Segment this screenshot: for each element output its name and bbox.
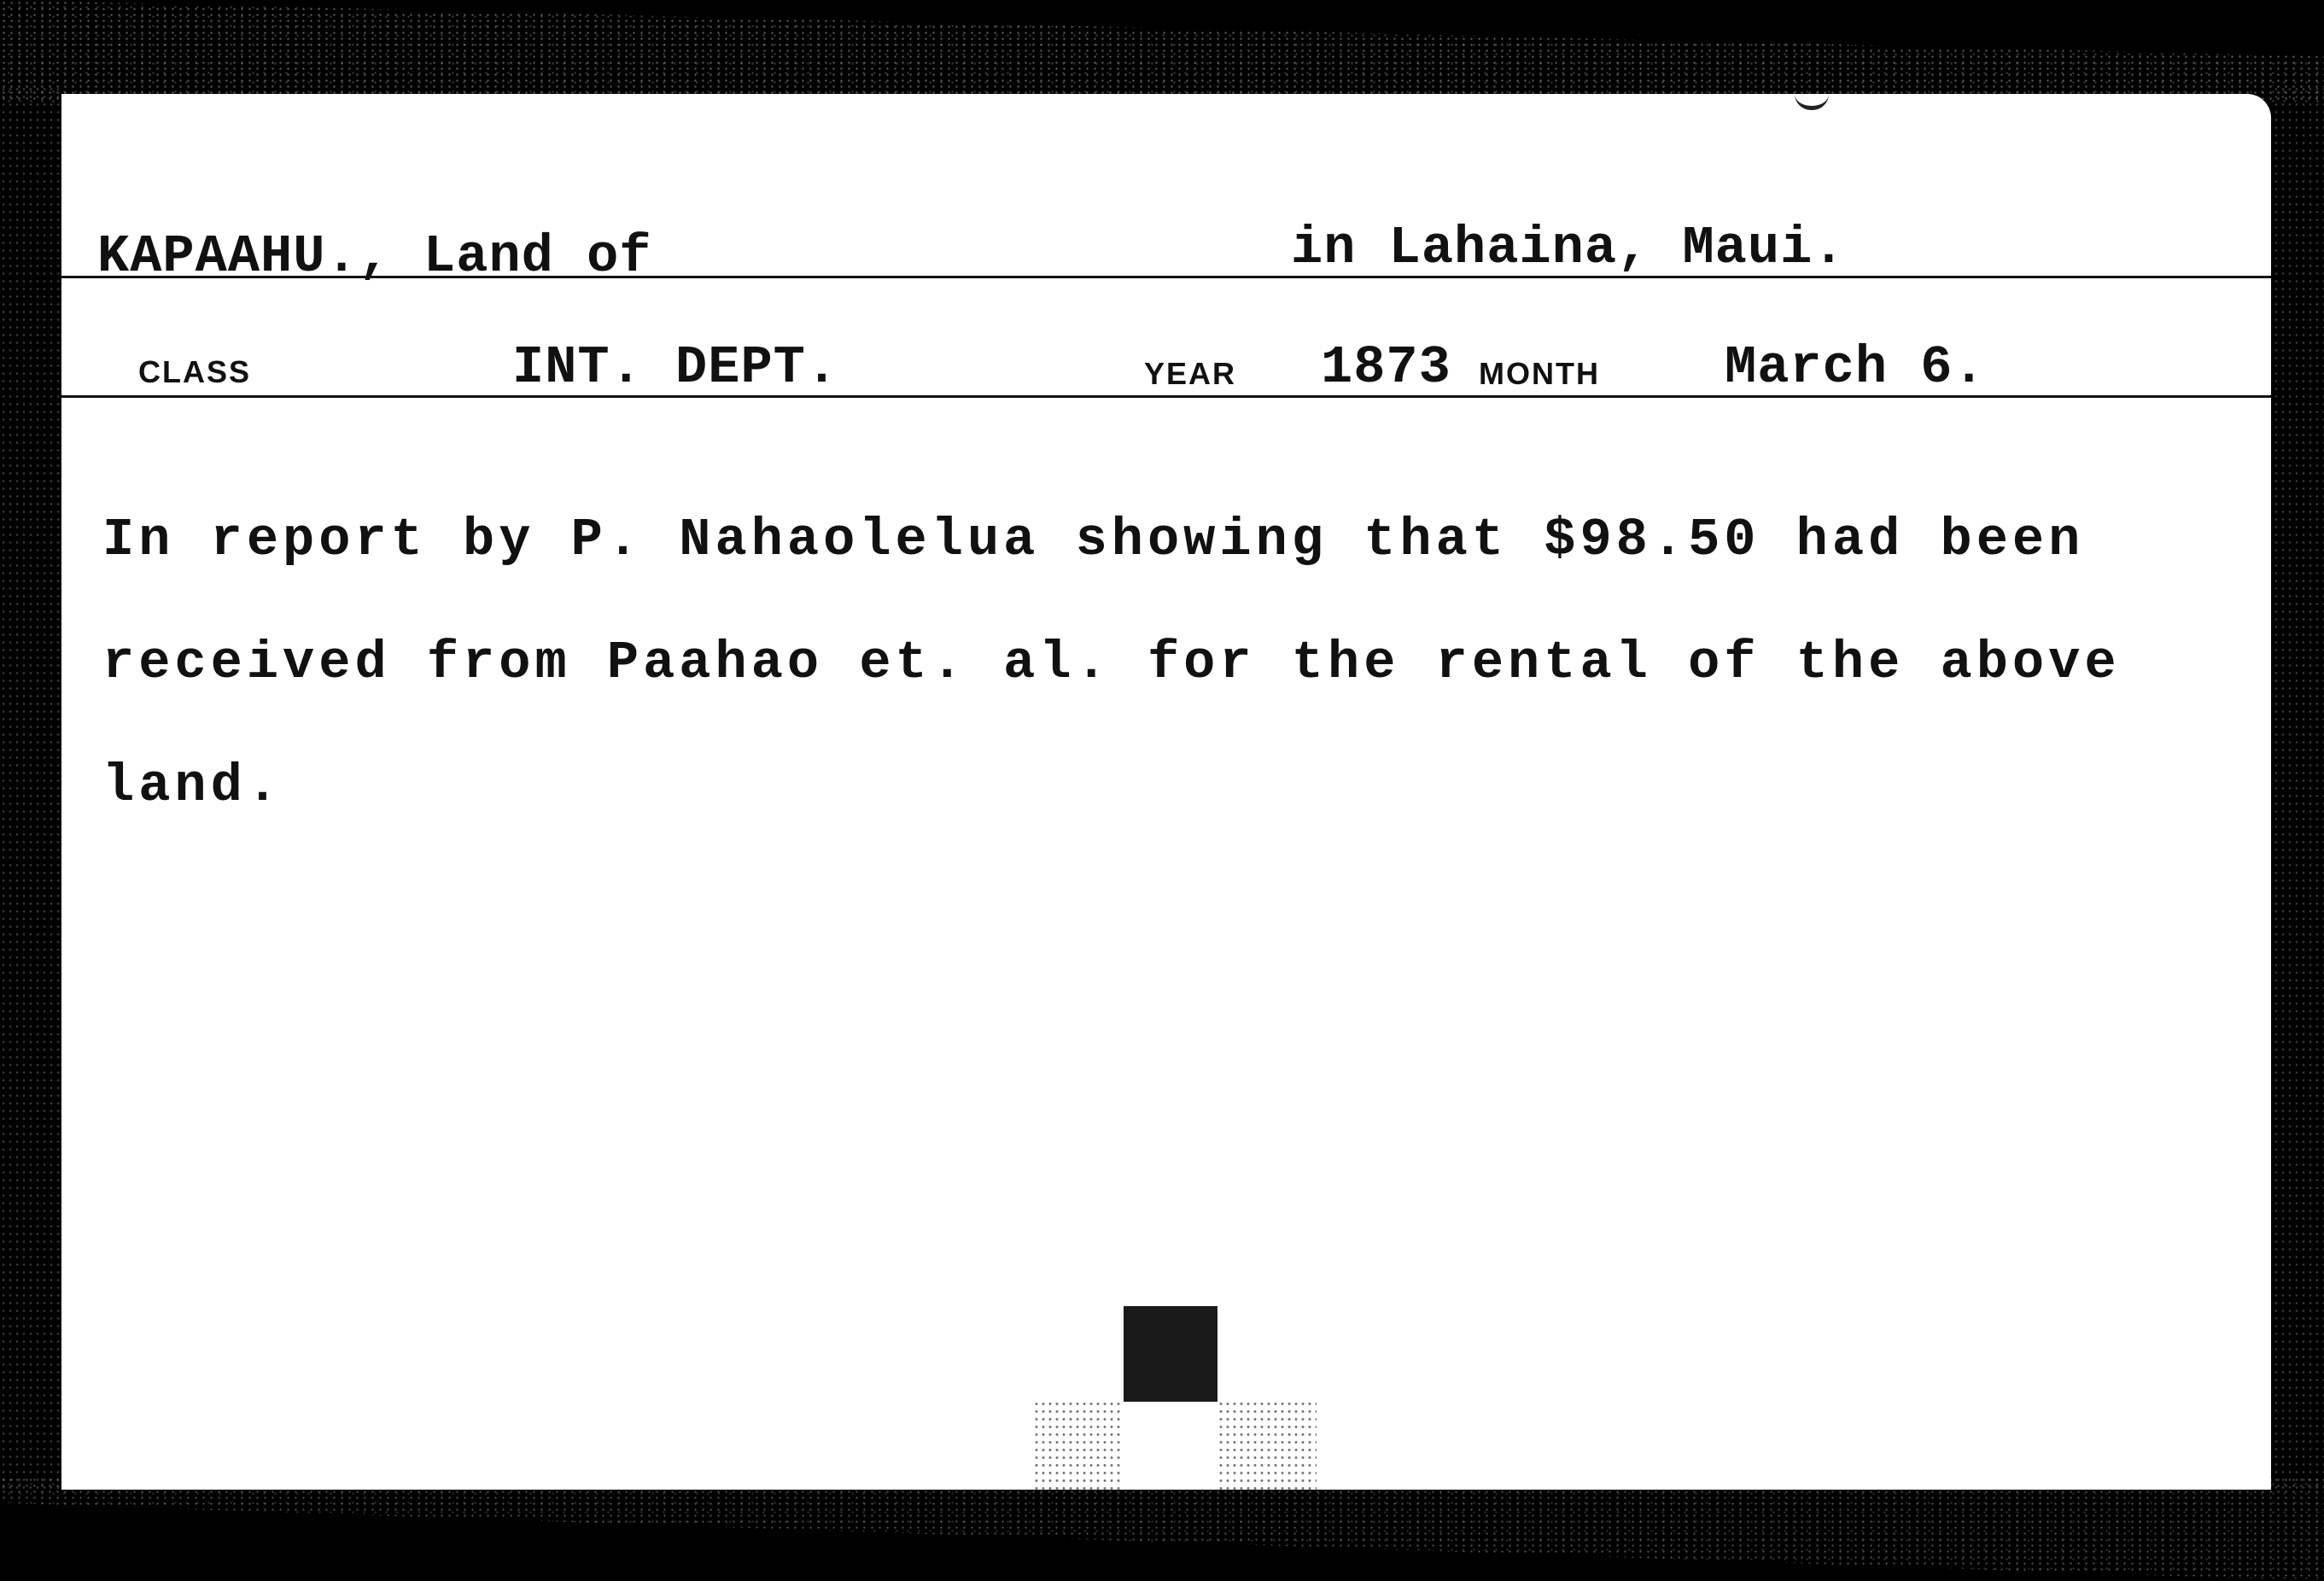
body-line: land. bbox=[102, 755, 2237, 817]
month-value: March 6. bbox=[1725, 341, 1986, 394]
card-tab-marker bbox=[1124, 1306, 1217, 1402]
card-tab-gap bbox=[1124, 1400, 1219, 1490]
card-body: In report by P. Nahaolelua showing that … bbox=[102, 448, 2237, 878]
body-line: received from Paahao et. al. for the ren… bbox=[102, 633, 2237, 694]
scan-noise-top bbox=[0, 0, 2324, 102]
fields-rule bbox=[61, 395, 2271, 398]
body-line: In report by P. Nahaolelua showing that … bbox=[102, 510, 2237, 571]
month-label: MONTH bbox=[1479, 359, 1600, 389]
class-value: INT. DEPT. bbox=[512, 341, 838, 394]
header-rule bbox=[61, 276, 2271, 278]
year-label: YEAR bbox=[1144, 359, 1236, 389]
scan-noise-right bbox=[2273, 85, 2324, 1494]
index-card: KAPAAHU., Land of in Lahaina, Maui. CLAS… bbox=[61, 94, 2271, 1490]
scan-noise-bottom bbox=[0, 1477, 2324, 1581]
year-value: 1873 bbox=[1321, 341, 1451, 394]
scan-noise-left bbox=[0, 85, 60, 1494]
class-label: CLASS bbox=[138, 357, 251, 388]
land-location: in Lahaina, Maui. bbox=[1291, 222, 1846, 275]
card-notch bbox=[1795, 94, 1829, 110]
